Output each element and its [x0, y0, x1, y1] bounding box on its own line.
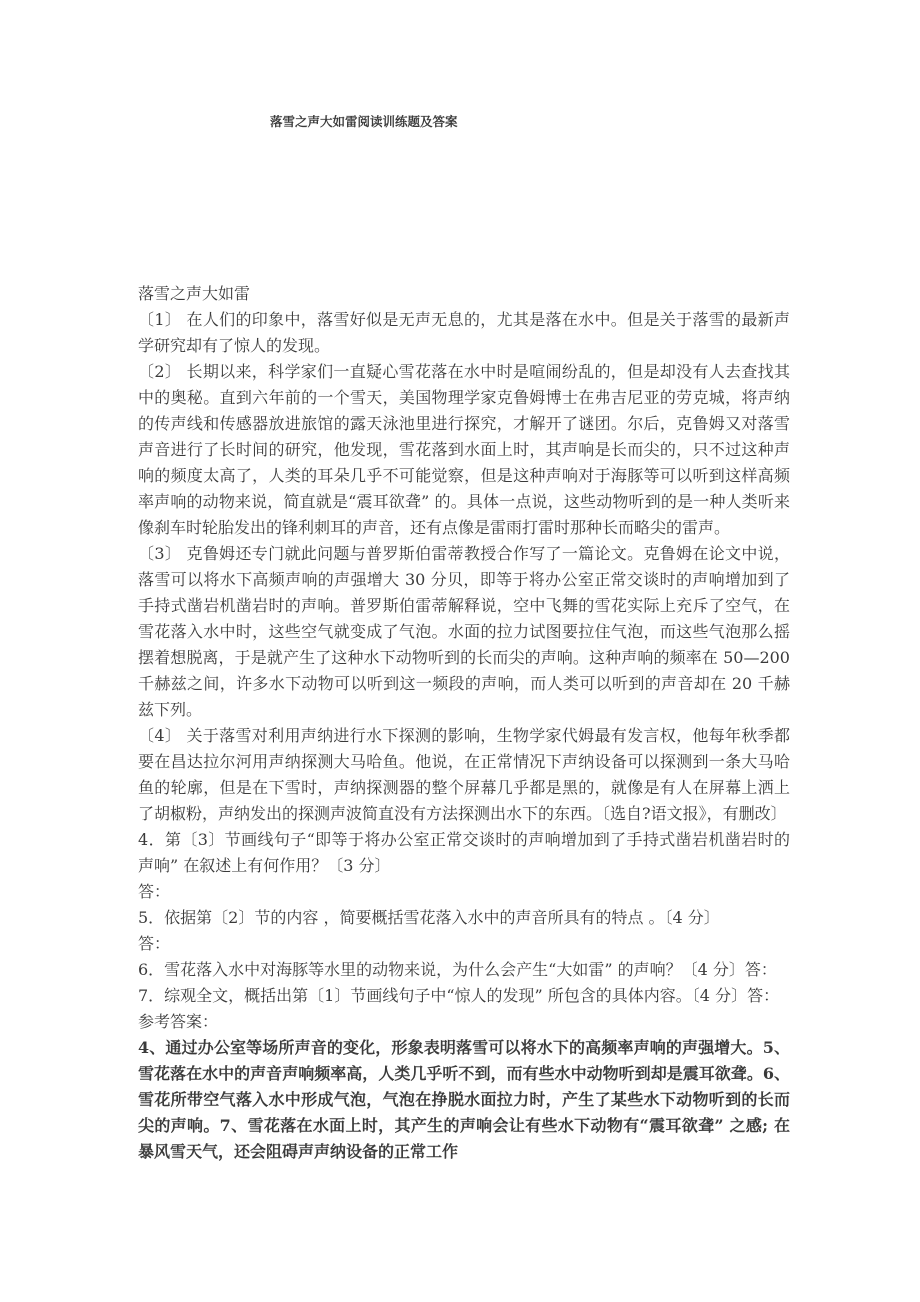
answer-prompt-1: 答： — [138, 879, 790, 905]
reference-answers: 4、通过办公室等场所声音的变化，形象表明落雪可以将水下的高频率声响的声强增大。5… — [138, 1035, 790, 1165]
question-4: 4．第〔3〕节画线句子“即等于将办公室正常交谈时的声响增加到了手持式凿岩机凿岩时… — [138, 827, 790, 879]
article-paragraph-3: 〔3〕 克鲁姆还专门就此问题与普罗斯伯雷蒂教授合作写了一篇论文。克鲁姆在论文中说… — [138, 541, 790, 723]
page-title: 落雪之声大如雷阅读训练题及答案 — [270, 112, 458, 130]
reference-answers-label: 参考答案： — [138, 1009, 790, 1035]
article-paragraph-4: 〔4〕 关于落雪对利用声纳进行水下探测的影响，生物学家代姆最有发言权，他每年秋季… — [138, 723, 790, 827]
question-5: 5．依据第〔2〕节的内容 ，简要概括雪花落入水中的声音所具有的特点 。〔4 分〕 — [138, 905, 790, 931]
article-paragraph-1: 〔1〕 在人们的印象中，落雪好似是无声无息的，尤其是落在水中。但是关于落雪的最新… — [138, 307, 790, 359]
document-page: 落雪之声大如雷阅读训练题及答案 落雪之声大如雷 〔1〕 在人们的印象中，落雪好似… — [0, 0, 920, 1302]
question-7: 7．综观全文，概括出第〔1〕节画线句子中“惊人的发现” 所包含的具体内容。〔4 … — [138, 983, 790, 1009]
answer-prompt-2: 答： — [138, 931, 790, 957]
article-heading: 落雪之声大如雷 — [138, 281, 790, 307]
article-body: 落雪之声大如雷 〔1〕 在人们的印象中，落雪好似是无声无息的，尤其是落在水中。但… — [138, 281, 790, 1165]
article-paragraph-2: 〔2〕 长期以来，科学家们一直疑心雪花落在水中时是喧闹纷乱的，但是却没有人去查找… — [138, 359, 790, 541]
question-6: 6．雪花落入水中对海豚等水里的动物来说，为什么会产生“大如雷” 的声响？〔4 分… — [138, 957, 790, 983]
